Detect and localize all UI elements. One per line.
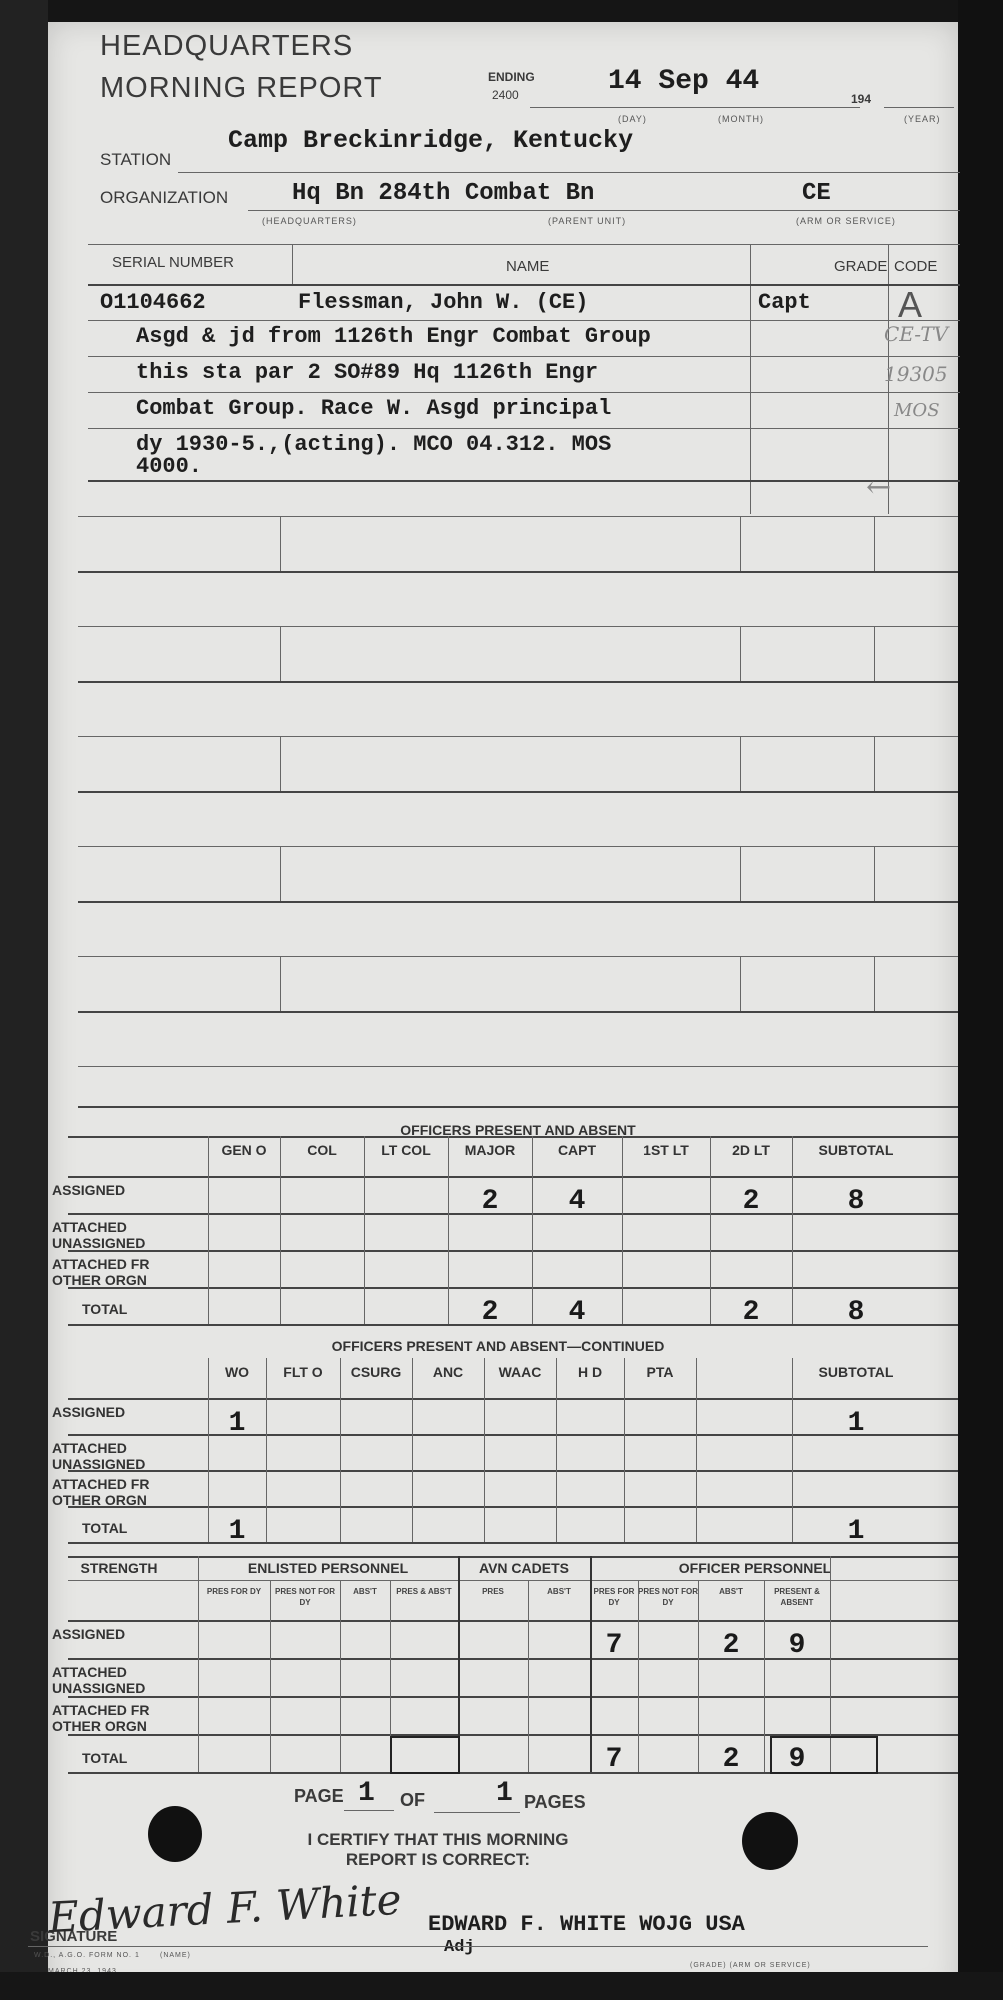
row-label: ATTACHED FR OTHER ORGN: [52, 1702, 192, 1734]
row-label: TOTAL: [52, 1301, 232, 1317]
certify-line-1: I CERTIFY THAT THIS MORNING: [248, 1830, 628, 1850]
column-header: PRES FOR DY: [198, 1586, 270, 1597]
table-cell: 2: [698, 1630, 764, 1661]
column-header: ABS'T: [528, 1586, 590, 1597]
column-header: SUBTOTAL: [792, 1364, 920, 1380]
total-box-enlisted: [390, 1736, 460, 1774]
column-header: MAJOR: [448, 1142, 532, 1158]
column-header: 2D LT: [710, 1142, 792, 1158]
column-header: H D: [556, 1364, 624, 1380]
organization-underline: [248, 210, 960, 211]
column-header: PRES & ABS'T: [390, 1586, 458, 1597]
column-header: PRES NOT FOR DY: [270, 1586, 340, 1608]
form-title-headquarters: HEADQUARTERS: [100, 30, 353, 63]
certify-line-2: REPORT IS CORRECT:: [248, 1850, 628, 1870]
remark-line-1: Asgd & jd from 1126th Engr Combat Group: [136, 324, 651, 349]
group-enlisted-personnel: ENLISTED PERSONNEL: [198, 1560, 458, 1576]
column-header: ABS'T: [340, 1586, 390, 1597]
pages-label: PAGES: [524, 1792, 586, 1813]
group-officer-personnel: OFFICER PERSONNEL: [590, 1560, 920, 1576]
column-header: WAAC: [484, 1364, 556, 1380]
organization-value: Hq Bn 284th Combat Bn: [292, 180, 594, 207]
row-label: ATTACHED UNASSIGNED: [52, 1440, 202, 1472]
strength-label: STRENGTH: [54, 1560, 184, 1576]
total-pages: 1: [496, 1778, 513, 1809]
handwritten-signature: Edward F. White: [47, 1875, 403, 1942]
margin-arrow-icon: ←: [866, 470, 891, 505]
row-label: TOTAL: [52, 1750, 222, 1766]
row-label: ASSIGNED: [52, 1626, 192, 1642]
entry-name: Flessman, John W. (CE): [298, 290, 588, 315]
column-header: ABS'T: [698, 1586, 764, 1597]
entry-serial-number: O1104662: [100, 290, 206, 315]
page-number: 1: [358, 1778, 375, 1809]
column-header: PTA: [624, 1364, 696, 1380]
ending-time: 2400: [492, 88, 519, 102]
column-header: WO: [208, 1364, 266, 1380]
column-header: SUBTOTAL: [792, 1142, 920, 1158]
month-caption: (MONTH): [718, 114, 764, 124]
page-label: PAGE: [294, 1786, 344, 1807]
arm-of-service-value: CE: [802, 180, 831, 207]
year-caption: (YEAR): [904, 114, 941, 124]
column-code: CODE: [894, 258, 937, 275]
table-cell: 2: [698, 1744, 764, 1775]
column-header: COL: [280, 1142, 364, 1158]
name-caption: (NAME): [160, 1952, 191, 1959]
remark-line-3: Combat Group. Race W. Asgd principal: [136, 396, 611, 421]
headquarters-caption: (HEADQUARTERS): [262, 216, 357, 226]
row-label: ATTACHED UNASSIGNED: [52, 1664, 192, 1696]
punch-hole-left: [148, 1806, 202, 1862]
column-grade: GRADE: [834, 258, 887, 275]
remark-line-2: this sta par 2 SO#89 Hq 1126th Engr: [136, 360, 598, 385]
column-header: PRES NOT FOR DY: [638, 1586, 698, 1608]
entry-grade: Capt: [758, 290, 811, 315]
form-number: W.D., A.G.O. FORM NO. 1: [34, 1952, 140, 1959]
officers-cont-table-title: OFFICERS PRESENT AND ABSENT—CONTINUED: [258, 1338, 738, 1354]
row-label: ATTACHED FR OTHER ORGN: [52, 1476, 202, 1508]
margin-note-1: CE-TV: [884, 322, 948, 346]
station-value: Camp Breckinridge, Kentucky: [228, 126, 633, 155]
column-header: PRES: [458, 1586, 528, 1597]
punch-hole-right: [742, 1812, 798, 1870]
group-avn-cadets: AVN CADETS: [458, 1560, 590, 1576]
grade-arm-caption: (GRADE) (ARM OR SERVICE): [690, 1962, 811, 1969]
table-cell: 7: [590, 1630, 638, 1661]
total-box-officers: [770, 1736, 878, 1774]
station-underline: [178, 172, 960, 173]
scan-border-left: [0, 0, 48, 2000]
table-cell: 7: [590, 1744, 638, 1775]
scan-border-bottom: [0, 1972, 1003, 2000]
year-underline: [884, 107, 954, 108]
row-label: ASSIGNED: [52, 1182, 202, 1198]
row-label: TOTAL: [52, 1520, 232, 1536]
signer-title: Adj: [444, 1938, 475, 1957]
form-title-morning-report: MORNING REPORT: [100, 72, 383, 105]
remark-line-5: 4000.: [136, 454, 202, 479]
scan-border-right: [958, 0, 1003, 2000]
date-underline: [530, 107, 860, 108]
scan-border-top: [0, 0, 1003, 22]
of-label: OF: [400, 1790, 425, 1811]
morning-report-form: HEADQUARTERS MORNING REPORT ENDING 2400 …: [48, 22, 958, 1997]
row-label: ATTACHED FR OTHER ORGN: [52, 1256, 202, 1288]
column-header: FLT O: [266, 1364, 340, 1380]
margin-note-2: 19305: [884, 362, 948, 386]
station-label: STATION: [100, 150, 171, 170]
arm-caption: (ARM OR SERVICE): [796, 216, 896, 226]
day-caption: (DAY): [618, 114, 647, 124]
column-serial-number: SERIAL NUMBER: [112, 254, 234, 271]
margin-note-3: MOS: [894, 400, 940, 421]
table-cell: 9: [764, 1630, 830, 1661]
remark-line-4: dy 1930-5.,(acting). MCO 04.312. MOS: [136, 432, 611, 457]
column-header: PRESENT & ABSENT: [764, 1586, 830, 1608]
column-header: LT COL: [364, 1142, 448, 1158]
column-header: CSURG: [340, 1364, 412, 1380]
column-header: ANC: [412, 1364, 484, 1380]
column-header: 1ST LT: [622, 1142, 710, 1158]
organization-label: ORGANIZATION: [100, 188, 228, 208]
row-label: ATTACHED UNASSIGNED: [52, 1219, 202, 1251]
ending-label: ENDING: [488, 70, 535, 84]
signer-name-typed: EDWARD F. WHITE WOJG USA: [428, 1912, 745, 1937]
year-prefix: 194: [851, 92, 871, 106]
row-label: ASSIGNED: [52, 1404, 202, 1420]
column-header: PRES FOR DY: [590, 1586, 638, 1608]
column-header: CAPT: [532, 1142, 622, 1158]
column-header: GEN O: [208, 1142, 280, 1158]
parent-unit-caption: (PARENT UNIT): [548, 216, 626, 226]
column-name: NAME: [506, 258, 549, 275]
report-date: 14 Sep 44: [608, 66, 759, 97]
